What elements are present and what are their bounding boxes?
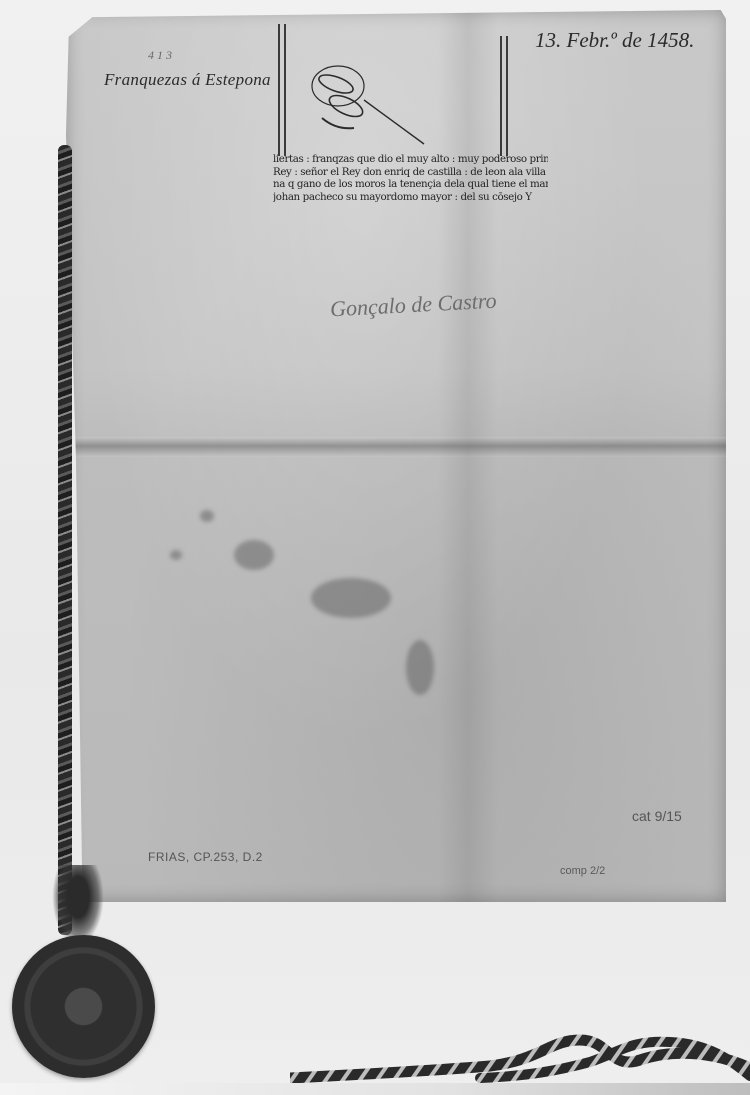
silk-cord-bottom bbox=[290, 1030, 750, 1085]
bottom-border bbox=[0, 1083, 750, 1095]
silk-cord-left bbox=[58, 145, 72, 935]
left-frame-rule bbox=[284, 24, 286, 156]
stain bbox=[170, 550, 182, 560]
stain bbox=[406, 640, 434, 695]
top-small-number: 4 1 3 bbox=[148, 48, 172, 63]
left-frame-rule bbox=[278, 24, 280, 156]
stain bbox=[200, 510, 214, 522]
gothic-line: johan pacheco su mayordomo mayor : del s… bbox=[273, 191, 548, 204]
title-annotation: Franquezas á Estepona bbox=[104, 70, 271, 90]
stain bbox=[234, 540, 274, 570]
date-annotation: 13. Febr.º de 1458. bbox=[535, 28, 694, 53]
gothic-line: liertas : franqzas que dio el muy alto :… bbox=[273, 153, 548, 166]
horizontal-fold-crease bbox=[66, 437, 726, 457]
right-frame-rule bbox=[506, 36, 508, 156]
catalog-mark: cat 9/15 bbox=[632, 808, 682, 824]
decorated-initial-icon bbox=[306, 58, 426, 148]
cord-tassel bbox=[52, 865, 104, 945]
right-frame-rule bbox=[500, 36, 502, 156]
composite-mark: comp 2/2 bbox=[560, 865, 605, 877]
archive-reference: FRIAS, CP.253, D.2 bbox=[148, 850, 263, 864]
gothic-line: na q gano de los moros la tenençia dela … bbox=[273, 178, 548, 191]
gothic-text-block: liertas : franqzas que dio el muy alto :… bbox=[273, 153, 548, 203]
stain bbox=[311, 578, 391, 618]
vertical-fold-shadow bbox=[438, 10, 498, 902]
wax-seal-icon bbox=[12, 935, 155, 1078]
gothic-line: Rey : señor el Rey don enriq de castilla… bbox=[273, 166, 548, 179]
